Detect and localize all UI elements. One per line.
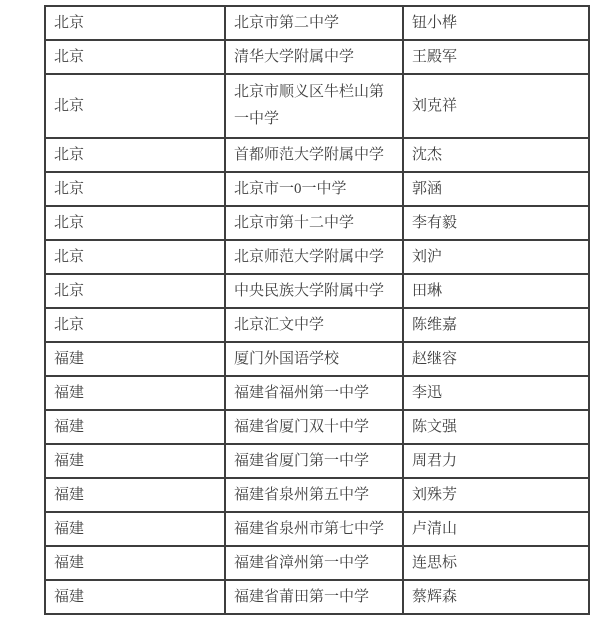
table-row: 福建 福建省厦门双十中学 陈文强 xyxy=(45,410,589,444)
principal-cell: 刘沪 xyxy=(403,240,589,274)
table-row: 北京 北京市顺义区牛栏山第一中学 刘克祥 xyxy=(45,74,589,138)
principal-cell: 蔡辉森 xyxy=(403,580,589,614)
school-cell: 北京市第十二中学 xyxy=(225,206,403,240)
principal-cell: 周君力 xyxy=(403,444,589,478)
school-cell: 福建省厦门双十中学 xyxy=(225,410,403,444)
school-cell: 福建省福州第一中学 xyxy=(225,376,403,410)
principal-cell: 王殿军 xyxy=(403,40,589,74)
school-cell: 北京市一0一中学 xyxy=(225,172,403,206)
table-row: 北京 北京市第十二中学 李有毅 xyxy=(45,206,589,240)
province-cell: 北京 xyxy=(45,40,225,74)
school-cell: 福建省莆田第一中学 xyxy=(225,580,403,614)
principal-cell: 刘殊芳 xyxy=(403,478,589,512)
table-row: 北京 北京市一0一中学 郭涵 xyxy=(45,172,589,206)
province-cell: 北京 xyxy=(45,308,225,342)
province-cell: 北京 xyxy=(45,172,225,206)
province-cell: 北京 xyxy=(45,206,225,240)
province-cell: 北京 xyxy=(45,6,225,40)
table-row: 福建 福建省泉州第五中学 刘殊芳 xyxy=(45,478,589,512)
province-cell: 北京 xyxy=(45,138,225,172)
principal-cell: 赵继容 xyxy=(403,342,589,376)
page: 北京 北京市第二中学 钮小桦 北京 清华大学附属中学 王殿军 北京 北京市顺义区… xyxy=(0,0,600,618)
school-cell: 北京师范大学附属中学 xyxy=(225,240,403,274)
table-row: 北京 北京师范大学附属中学 刘沪 xyxy=(45,240,589,274)
principal-cell: 陈文强 xyxy=(403,410,589,444)
school-cell: 北京市顺义区牛栏山第一中学 xyxy=(225,74,403,138)
principal-cell: 沈杰 xyxy=(403,138,589,172)
principal-cell: 李迅 xyxy=(403,376,589,410)
table-row: 福建 福建省厦门第一中学 周君力 xyxy=(45,444,589,478)
principal-cell: 郭涵 xyxy=(403,172,589,206)
province-cell: 福建 xyxy=(45,580,225,614)
principal-cell: 刘克祥 xyxy=(403,74,589,138)
table-row: 北京 首都师范大学附属中学 沈杰 xyxy=(45,138,589,172)
province-cell: 福建 xyxy=(45,342,225,376)
school-cell: 福建省泉州市第七中学 xyxy=(225,512,403,546)
table-row: 福建 福建省莆田第一中学 蔡辉森 xyxy=(45,580,589,614)
table-row: 福建 福建省泉州市第七中学 卢清山 xyxy=(45,512,589,546)
principal-cell: 卢清山 xyxy=(403,512,589,546)
province-cell: 福建 xyxy=(45,376,225,410)
school-cell: 厦门外国语学校 xyxy=(225,342,403,376)
table-row: 福建 福建省福州第一中学 李迅 xyxy=(45,376,589,410)
province-cell: 福建 xyxy=(45,444,225,478)
principal-cell: 田琳 xyxy=(403,274,589,308)
school-cell: 福建省漳州第一中学 xyxy=(225,546,403,580)
principal-cell: 钮小桦 xyxy=(403,6,589,40)
province-cell: 福建 xyxy=(45,478,225,512)
table-row: 福建 厦门外国语学校 赵继容 xyxy=(45,342,589,376)
school-cell: 北京汇文中学 xyxy=(225,308,403,342)
province-cell: 福建 xyxy=(45,546,225,580)
table-row: 福建 福建省漳州第一中学 连思标 xyxy=(45,546,589,580)
school-cell: 福建省泉州第五中学 xyxy=(225,478,403,512)
school-cell: 清华大学附属中学 xyxy=(225,40,403,74)
school-cell: 福建省厦门第一中学 xyxy=(225,444,403,478)
principal-cell: 连思标 xyxy=(403,546,589,580)
school-cell: 首都师范大学附属中学 xyxy=(225,138,403,172)
province-cell: 北京 xyxy=(45,74,225,138)
school-cell: 北京市第二中学 xyxy=(225,6,403,40)
table-body: 北京 北京市第二中学 钮小桦 北京 清华大学附属中学 王殿军 北京 北京市顺义区… xyxy=(45,6,589,614)
table-row: 北京 清华大学附属中学 王殿军 xyxy=(45,40,589,74)
principals-table: 北京 北京市第二中学 钮小桦 北京 清华大学附属中学 王殿军 北京 北京市顺义区… xyxy=(44,5,590,615)
table-row: 北京 北京汇文中学 陈维嘉 xyxy=(45,308,589,342)
school-cell: 中央民族大学附属中学 xyxy=(225,274,403,308)
province-cell: 北京 xyxy=(45,274,225,308)
province-cell: 北京 xyxy=(45,240,225,274)
province-cell: 福建 xyxy=(45,512,225,546)
province-cell: 福建 xyxy=(45,410,225,444)
table-row: 北京 北京市第二中学 钮小桦 xyxy=(45,6,589,40)
principal-cell: 李有毅 xyxy=(403,206,589,240)
table-row: 北京 中央民族大学附属中学 田琳 xyxy=(45,274,589,308)
principal-cell: 陈维嘉 xyxy=(403,308,589,342)
